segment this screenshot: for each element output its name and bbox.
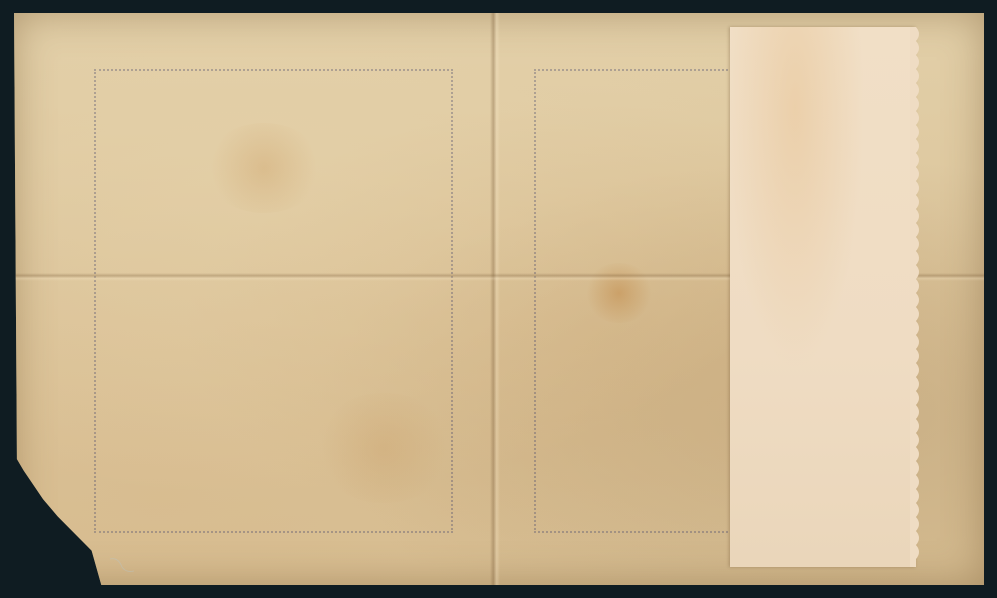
stain-lower-left — [314, 393, 454, 503]
serrated-edge-icon — [910, 27, 922, 567]
vertical-fold — [490, 13, 500, 585]
paper-tape-strip — [730, 27, 916, 567]
scratch-mark-icon — [108, 555, 138, 575]
banknote-paper — [14, 13, 984, 585]
stain-center — [584, 263, 654, 323]
stain-upper-left — [204, 123, 324, 213]
banknote-photo — [0, 0, 997, 598]
